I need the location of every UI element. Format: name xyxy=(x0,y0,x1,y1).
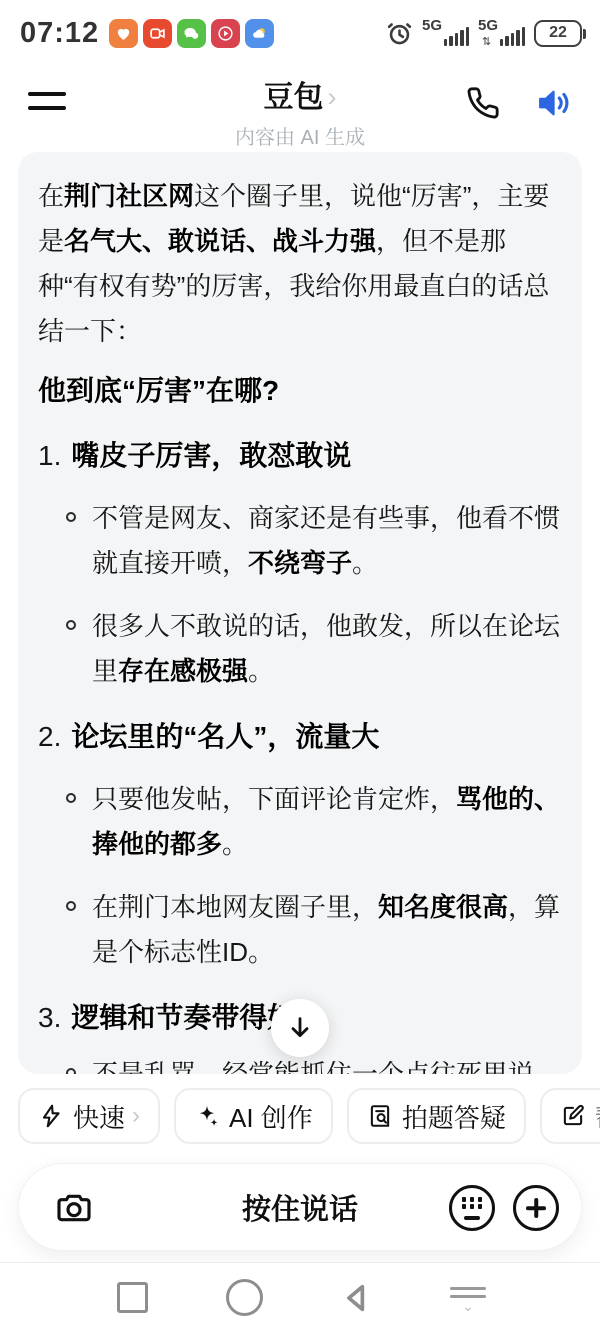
bullet-marker xyxy=(66,793,76,803)
speaker-button[interactable] xyxy=(536,86,574,125)
signal-sim1: 5G xyxy=(422,17,469,49)
bot-name[interactable]: 豆包 xyxy=(264,81,324,114)
section-1-title: 1.嘴皮子厉害，敢怼敢说 xyxy=(38,433,562,478)
bullet-item: 很多人不敢说的话，他敢发，所以在论坛里存在感极强。 xyxy=(38,604,562,694)
recents-button[interactable] xyxy=(112,1278,152,1318)
chip-quick[interactable]: 快速 › xyxy=(18,1088,160,1144)
chip-help-write[interactable]: 帮我写作 xyxy=(540,1088,600,1144)
doc-magnifier-icon xyxy=(367,1103,393,1129)
home-button[interactable] xyxy=(224,1278,264,1318)
hide-navbar-button[interactable]: ⌄ xyxy=(448,1278,488,1318)
keyboard-button[interactable] xyxy=(449,1185,495,1231)
voice-input-bar[interactable]: 按住说话 xyxy=(18,1163,582,1251)
message-intro: 在荆门社区网这个圈子里，说他“厉害”，主要是名气大、敢说话、战斗力强，但不是那种… xyxy=(38,174,562,354)
bullet-marker xyxy=(66,901,76,911)
alarm-clock-icon xyxy=(386,20,413,47)
call-button[interactable] xyxy=(466,86,500,125)
heart-app-icon xyxy=(109,19,138,48)
ai-disclaimer: 内容由 AI 生成 xyxy=(0,121,600,150)
section-2-title: 2.论坛里的“名人”，流量大 xyxy=(38,714,562,759)
bullet-item: 不管是网友、商家还是有些事，他看不惯就直接开喷，不绕弯子。 xyxy=(38,496,562,586)
app-header: 豆包› 内容由 AI 生成 xyxy=(0,60,600,150)
phone-screen: 07:12 5G xyxy=(0,0,600,1332)
chip-ai-create[interactable]: AI 创作 xyxy=(174,1088,333,1144)
lightning-icon xyxy=(38,1103,64,1129)
scroll-to-bottom-button[interactable] xyxy=(271,999,329,1057)
back-button[interactable] xyxy=(336,1278,376,1318)
signal-sim2: 5G ⇅ xyxy=(478,17,525,49)
message-heading: 他到底“厉害”在哪? xyxy=(38,368,562,413)
sparkle-icon xyxy=(194,1103,220,1129)
bullet-marker xyxy=(66,512,76,522)
wechat-app-icon xyxy=(177,19,206,48)
bullet-marker xyxy=(66,620,76,630)
chevron-right-icon: › xyxy=(328,82,337,112)
bullet-marker xyxy=(66,1068,76,1074)
battery-icon: 22 xyxy=(534,20,582,47)
compose-icon xyxy=(560,1103,586,1129)
status-right-icons: 5G 5G ⇅ 22 xyxy=(386,17,582,49)
chevron-right-icon: › xyxy=(132,1102,140,1130)
arrow-down-icon xyxy=(286,1014,314,1042)
ai-message-bubble: 在荆门社区网这个圈子里，说他“厉害”，主要是名气大、敢说话、战斗力强，但不是那种… xyxy=(18,152,582,1074)
android-nav-bar: ⌄ xyxy=(0,1262,600,1332)
add-button[interactable] xyxy=(513,1185,559,1231)
clock-time: 07:12 xyxy=(20,17,99,50)
bullet-item: 在荆门本地网友圈子里，知名度很高，算是个标志性ID。 xyxy=(38,885,562,975)
bullet-item: 只要他发帖，下面评论肯定炸，骂他的、捧他的都多。 xyxy=(38,777,562,867)
notification-icons xyxy=(109,19,274,48)
suggestion-chips-row: 快速 › AI 创作 拍题答疑 帮我写作 xyxy=(0,1088,600,1148)
video-app-icon xyxy=(211,19,240,48)
weather-app-icon xyxy=(245,19,274,48)
camera-app-icon xyxy=(143,19,172,48)
status-bar: 07:12 5G xyxy=(0,0,600,60)
chip-photo-qa[interactable]: 拍题答疑 xyxy=(347,1088,526,1144)
